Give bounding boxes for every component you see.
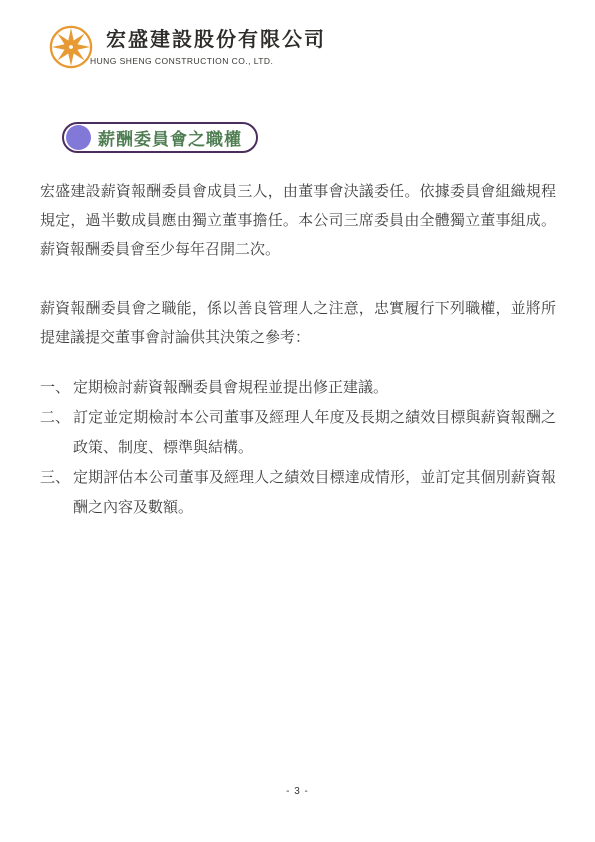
list-item-text: 訂定並定期檢討本公司董事及經理人年度及長期之績效目標與薪資報酬之政策、制度、標準…	[73, 403, 556, 463]
list-item-text: 定期檢討薪資報酬委員會規程並提出修正建議。	[73, 373, 556, 403]
company-letterhead: 宏盛建設股份有限公司 HUNG SHENG CONSTRUCTION CO., …	[48, 24, 326, 70]
list-item: 二、 訂定並定期檢討本公司董事及經理人年度及長期之績效目標與薪資報酬之政策、制度…	[40, 403, 556, 463]
list-item-marker: 一、	[40, 373, 73, 403]
document-page: 宏盛建設股份有限公司 HUNG SHENG CONSTRUCTION CO., …	[0, 0, 595, 842]
company-name-en: HUNG SHENG CONSTRUCTION CO., LTD.	[90, 56, 326, 66]
company-logo-icon	[48, 24, 94, 70]
list-item: 三、 定期評估本公司董事及經理人之績效目標達成情形，並訂定其個別薪資報酬之內容及…	[40, 463, 556, 523]
list-item-marker: 三、	[40, 463, 73, 523]
list-item: 一、 定期檢討薪資報酬委員會規程並提出修正建議。	[40, 373, 556, 403]
paragraph-committee-function: 薪資報酬委員會之職能，係以善良管理人之注意，忠實履行下列職權，並將所提建議提交董…	[40, 294, 556, 352]
document-body: 宏盛建設薪資報酬委員會成員三人，由董事會決議委任。依據委員會組織規程規定，過半數…	[40, 177, 556, 523]
list-item-text: 定期評估本公司董事及經理人之績效目標達成情形，並訂定其個別薪資報酬之內容及數額。	[73, 463, 556, 523]
list-item-marker: 二、	[40, 403, 73, 463]
paragraph-committee-composition: 宏盛建設薪資報酬委員會成員三人，由董事會決議委任。依據委員會組織規程規定，過半數…	[40, 177, 556, 264]
company-name-block: 宏盛建設股份有限公司 HUNG SHENG CONSTRUCTION CO., …	[90, 24, 326, 66]
section-title-badge: 薪酬委員會之職權	[62, 122, 258, 153]
section-title: 薪酬委員會之職權	[98, 125, 242, 150]
page-number: - 3 -	[0, 786, 595, 797]
company-name-zh: 宏盛建設股份有限公司	[106, 26, 326, 52]
badge-dot-icon	[66, 125, 91, 150]
duty-list: 一、 定期檢討薪資報酬委員會規程並提出修正建議。 二、 訂定並定期檢討本公司董事…	[40, 373, 556, 523]
